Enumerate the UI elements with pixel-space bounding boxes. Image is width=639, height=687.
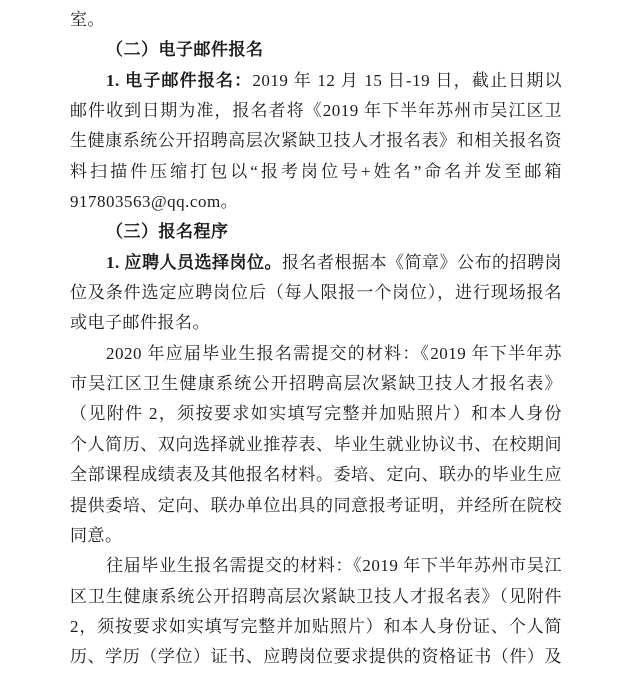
line-text: （见附件 2，须按要求如实填写完整并加贴照片）和本人身份证、 (70, 404, 562, 429)
line-text: 位及条件选定应聘岗位后（每人限报一个岗位），进行现场报名 (70, 283, 562, 302)
line-text: 料扫描件压缩打包以“报考岗位号+姓名”命名并发至邮箱 (70, 162, 562, 181)
text-line: 往届毕业生报名需提交的材料：《2019 年下半年苏州市吴江 (70, 551, 562, 581)
line-text: 市吴江区卫生健康系统公开招聘高层次紧缺卫技人才报名表》 (70, 374, 562, 393)
line-text: 2，须按要求如实填写完整并加贴照片）和本人身份证、个人简 (70, 617, 562, 636)
line-text: 提供委培、定向、联办单位出具的同意报考证明，并经所在院校 (70, 496, 562, 515)
document-page: 室。 （二）电子邮件报名 1. 电子邮件报名：2019 年 12 月 15 日-… (0, 0, 639, 687)
text-line-paragraph-end: 同意。 (70, 521, 562, 551)
line-bold-text: （二）电子邮件报名 (106, 40, 264, 59)
text-line: 位及条件选定应聘岗位后（每人限报一个岗位），进行现场报名 (70, 278, 562, 308)
line-text: 生健康系统公开招聘高层次紧缺卫技人才报名表》和相关报名资 (70, 131, 562, 150)
text-line: 个人简历、双向选择就业推荐表、毕业生就业协议书、在校期间 (70, 430, 562, 460)
line-text: 历、学历（学位）证书、应聘岗位要求提供的资格证书（件）及 (70, 647, 562, 666)
text-line-email-address: 917803563@qq.com。 (70, 187, 562, 217)
text-line: 邮件收到日期为准，报名者将《2019 年下半年苏州市吴江区卫 (70, 96, 562, 126)
line-text: 邮件收到日期为准，报名者将《2019 年下半年苏州市吴江区卫 (70, 101, 562, 120)
text-line: 1. 应聘人员选择岗位。报名者根据本《简章》公布的招聘岗 (70, 248, 562, 278)
text-line: 料扫描件压缩打包以“报考岗位号+姓名”命名并发至邮箱 (70, 157, 562, 187)
line-text: 个人简历、双向选择就业推荐表、毕业生就业协议书、在校期间 (70, 435, 562, 454)
line-text: 2019 年 12 月 15 日-19 日，截止日期以 (252, 71, 562, 90)
line-text: 区卫生健康系统公开招聘高层次紧缺卫技人才报名表》（见附件 (70, 587, 562, 606)
document-text-block: 室。 （二）电子邮件报名 1. 电子邮件报名：2019 年 12 月 15 日-… (70, 5, 562, 673)
section-heading-email-registration: （二）电子邮件报名 (70, 35, 562, 65)
text-line: 2020 年应届毕业生报名需提交的材料：《2019 年下半年苏州 (70, 339, 562, 369)
text-line: 提供委培、定向、联办单位出具的同意报考证明，并经所在院校 (70, 491, 562, 521)
line-text: 全部课程成绩表及其他报名材料。委培、定向、联办的毕业生应 (70, 465, 562, 484)
line-text: 同意。 (70, 526, 123, 545)
text-line: 2，须按要求如实填写完整并加贴照片）和本人身份证、个人简 (70, 612, 562, 642)
text-line: 全部课程成绩表及其他报名材料。委培、定向、联办的毕业生应 (70, 460, 562, 490)
text-line: 历、学历（学位）证书、应聘岗位要求提供的资格证书（件）及 (70, 642, 562, 672)
text-line: 区卫生健康系统公开招聘高层次紧缺卫技人才报名表》（见附件 (70, 582, 562, 612)
line-bold-text: 1. 应聘人员选择岗位。 (106, 253, 282, 272)
text-line: 或电子邮件报名。 (70, 308, 562, 338)
text-line: 生健康系统公开招聘高层次紧缺卫技人才报名表》和相关报名资 (70, 126, 562, 156)
line-text: 室。 (70, 10, 105, 29)
line-text: 2020 年应届毕业生报名需提交的材料：《2019 年下半年苏州 (70, 344, 562, 369)
line-bold-text: 1. 电子邮件报名： (106, 71, 252, 90)
line-text: 报名者根据本《简章》公布的招聘岗 (282, 253, 562, 272)
line-bold-text: （三）报名程序 (106, 222, 229, 241)
text-line: 1. 电子邮件报名：2019 年 12 月 15 日-19 日，截止日期以 (70, 66, 562, 96)
text-line: （见附件 2，须按要求如实填写完整并加贴照片）和本人身份证、 (70, 399, 562, 429)
line-text: 917803563@qq.com。 (70, 192, 238, 211)
text-line-sentence-end: 室。 (70, 5, 562, 35)
section-heading-registration-procedure: （三）报名程序 (70, 217, 562, 247)
line-text: 往届毕业生报名需提交的材料：《2019 年下半年苏州市吴江 (106, 556, 562, 575)
text-line: 市吴江区卫生健康系统公开招聘高层次紧缺卫技人才报名表》 (70, 369, 562, 399)
line-text: 或电子邮件报名。 (70, 313, 210, 332)
